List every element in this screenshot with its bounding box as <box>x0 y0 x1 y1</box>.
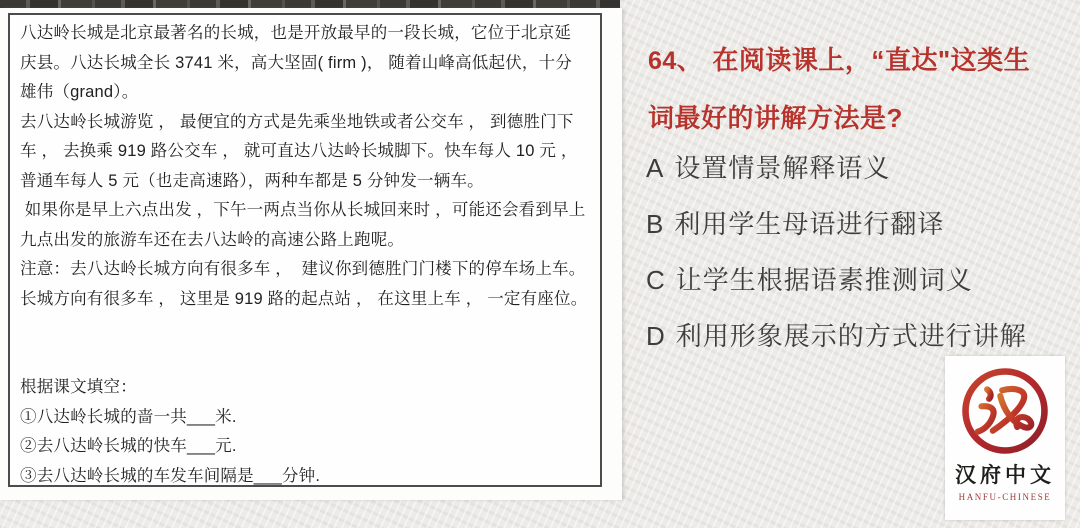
fill-in-item-1: ①八达岭长城的啬一共___米. <box>20 403 590 433</box>
passage-blank-line <box>20 314 590 344</box>
option-c: C让学生根据语素推测词义 <box>646 252 1066 308</box>
page: 八达岭长城是北京最著名的长城，也是开放最早的一段长城，它位于北京延 庆县。八达长… <box>0 0 1080 528</box>
reading-panel: 八达岭长城是北京最著名的长城，也是开放最早的一段长城，它位于北京延 庆县。八达长… <box>0 8 622 500</box>
passage-line: 注意：去八达岭长城方向有很多车 ， 建议你到德胜门门楼下的停车场上车。 <box>20 255 590 285</box>
passage-line: 雄伟（grand）。 <box>20 78 590 108</box>
passage-line: 庆县。八达长城全长 3741 米，高大坚固( firm )， 随着山峰高低起伏，… <box>20 49 590 79</box>
passage-line: 去八达岭长城游览 ， 最便宜的方式是先乘坐地铁或者公交车 ， 到德胜门下 <box>20 108 590 138</box>
option-c-text: 让学生根据语素推测词义 <box>676 265 973 295</box>
passage-blank-line <box>20 344 590 374</box>
passage-line: 长城方向有很多车 ， 这里是 919 路的起点站 ， 在这里上车 ， 一定有座位… <box>20 285 590 315</box>
cropped-text-strip <box>0 0 620 8</box>
option-c-letter: C <box>646 265 666 295</box>
fill-in-heading: 根据课文填空： <box>20 373 590 403</box>
answer-options: A设置情景解释语义 B利用学生母语进行翻译 C让学生根据语素推测词义 D利用形象… <box>646 140 1066 364</box>
passage-line: 如果你是早上六点出发 ，下午一两点当你从长城回来时 ，可能还会看到早上 <box>20 196 590 226</box>
passage-line: 车 ， 去换乘 919 路公交车 ， 就可直达八达岭长城脚下。快车每人 10 元… <box>20 137 590 167</box>
option-d-letter: D <box>646 321 666 351</box>
option-a: A设置情景解释语义 <box>646 140 1066 196</box>
passage-line: 普通车每人 5 元（也走高速路），两种车都是 5 分钟发一辆车。 <box>20 167 590 197</box>
question-text-line1: 在阅读课上，“直达"这类生 <box>712 45 1030 75</box>
passage-box: 八达岭长城是北京最著名的长城，也是开放最早的一段长城，它位于北京延 庆县。八达长… <box>8 13 602 487</box>
option-a-text: 设置情景解释语义 <box>674 153 890 183</box>
question-title: 64、在阅读课上，“直达"这类生 词最好的讲解方法是? <box>648 32 1060 147</box>
fill-in-item-2: ②去八达岭长城的快车___元. <box>20 432 590 462</box>
option-b-text: 利用学生母语进行翻译 <box>674 209 944 239</box>
option-b: B利用学生母语进行翻译 <box>646 196 1066 252</box>
passage-line: 九点出发的旅游车还在去八达岭的高速公路上跑呢。 <box>20 226 590 256</box>
hanfu-seal-icon <box>958 364 1052 458</box>
question-number: 64、 <box>648 47 702 75</box>
passage-line: 八达岭长城是北京最著名的长城，也是开放最早的一段长城，它位于北京延 <box>20 19 590 49</box>
option-b-letter: B <box>646 209 664 239</box>
hanfu-chinese-logo: 汉府中文 HANFU-CHINESE <box>945 356 1065 520</box>
logo-english-name: HANFU-CHINESE <box>959 492 1052 502</box>
option-a-letter: A <box>646 153 664 183</box>
fill-in-item-3: ③去八达岭长城的车发车间隔是___分钟. <box>20 462 590 492</box>
question-text-line2: 词最好的讲解方法是? <box>648 103 903 133</box>
option-d-text: 利用形象展示的方式进行讲解 <box>676 321 1027 351</box>
logo-chinese-name: 汉府中文 <box>955 459 1055 489</box>
